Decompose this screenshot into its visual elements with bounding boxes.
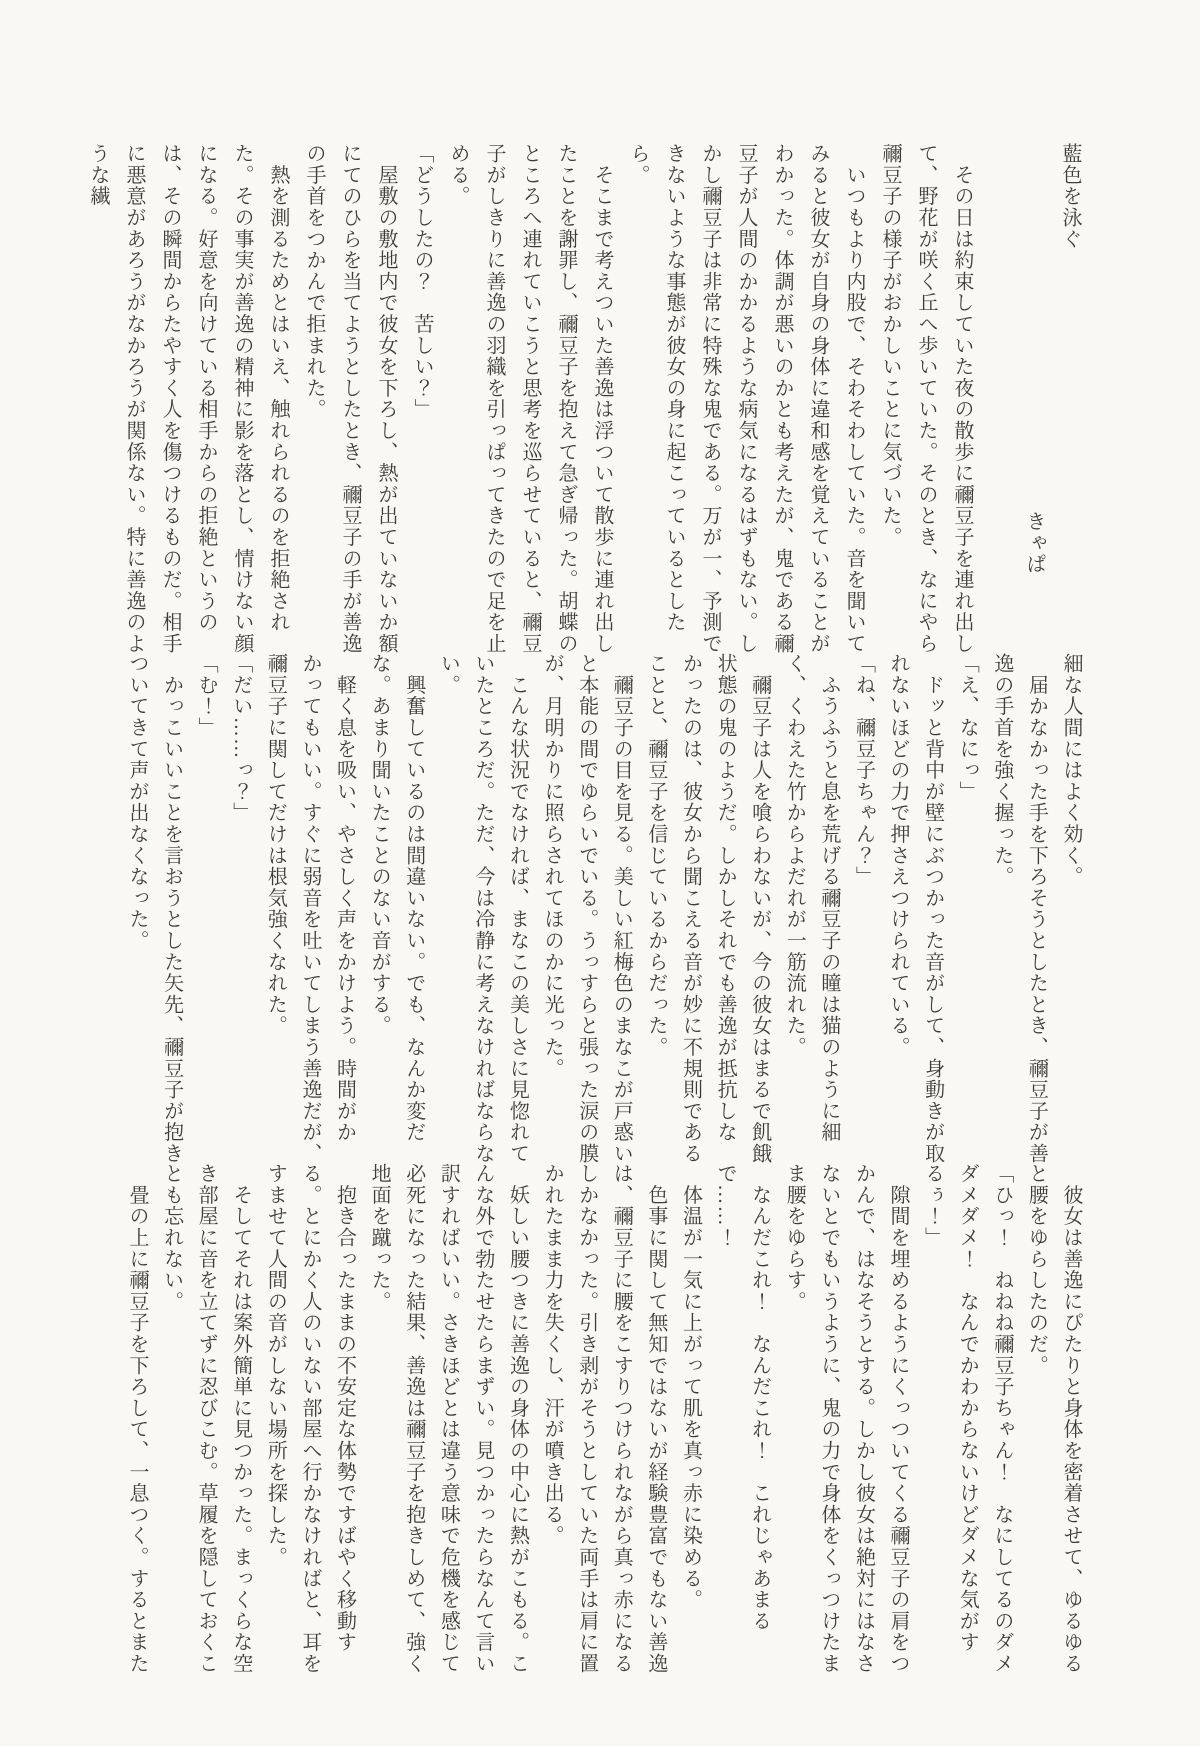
paragraph: 彼女は善逸にぴたりと身体を密着させて、ゆるゆると腰をゆらしたのだ。 [1019, 1163, 1088, 1675]
paragraph: 興奮しているのは間違いない。でも、なんか変だな。あまり聞いたことのない音がする。 [362, 653, 431, 1165]
paragraph: なんだこれ！ なんだこれ！ これじゃあまるで……！ [707, 1163, 776, 1675]
paragraph: 禰豆子の目を見る。美しい紅梅色のまなこが戸惑いと本能の間でゆらいでいる。うっすら… [535, 653, 639, 1165]
paragraph: 色事に関して無知ではないが経験豊富でもない善逸は、禰豆子に腰をこすりつけられなが… [535, 1163, 673, 1675]
paragraph: こんな状況でなければ、まなこの美しさに見惚れていたところだ。ただ、今は冷静に考え… [431, 653, 535, 1165]
paragraph: そこまで考えついた善逸は浮ついて散歩に連れ出したことを謝罪し、禰豆子を抱えて急ぎ… [440, 143, 620, 655]
paragraph: 「む！」 [189, 653, 224, 1165]
paragraph: 禰豆子は人を喰らわないが、今の彼女はまるで飢餓状態の鬼のようだ。しかしそれでも善… [638, 653, 776, 1165]
novel-page: 藍色を泳ぐ きゃぱ その日は約束していた夜の散歩に禰豆子を連れ出して、野花が咲く… [0, 0, 1200, 1746]
paragraph: その日は約束していた夜の散歩に禰豆子を連れ出して、野花が咲く丘へ歩いていた。その… [872, 143, 980, 655]
paragraph: 畳の上に禰豆子を下ろして、一息つく。するとまた [119, 1163, 154, 1675]
author-name: きゃぱ [1016, 143, 1052, 655]
band-1-paragraphs: その日は約束していた夜の散歩に禰豆子を連れ出して、野花が咲く丘へ歩いていた。その… [80, 143, 980, 655]
paragraph: 抱き合ったままの不安定な体勢ですばやく移動する。とにかく人のいない部屋へ行かなけ… [258, 1163, 362, 1675]
text-band-3: 彼女は善逸にぴたりと身体を密着させて、ゆるゆると腰をゆらしたのだ。「ひっ！ ねね… [112, 1163, 1088, 1675]
paragraph: 体温が一気に上がって肌を真っ赤に染める。 [673, 1163, 708, 1675]
band-2-paragraphs: 細な人間にはよく効く。 届かなかった手を下ろそうとしたとき、禰豆子が善逸の手首を… [119, 653, 1088, 1165]
paragraph: 届かなかった手を下ろそうとしたとき、禰豆子が善逸の手首を強く握った。 [984, 653, 1053, 1165]
paragraph: ふうふうと息を荒げる禰豆子の瞳は猫のように細く、くわえた竹からよだれが一筋流れた… [777, 653, 846, 1165]
paragraph: 細な人間にはよく効く。 [1053, 653, 1088, 1165]
paragraph: そしてそれは案外簡単に見つかった。まっくらな空き部屋に音を立てずに忍びこむ。草履… [154, 1163, 258, 1675]
paragraph: 「ひっ！ ねねね禰豆子ちゃん！ なにしてるのダメダメダメ！ なんでかわからないけ… [915, 1163, 1019, 1675]
paragraph: 熱を測るためとはいえ、触れられるのを拒絶された。その事実が善逸の精神に影を落とし… [80, 143, 296, 655]
text-band-1: 藍色を泳ぐ きゃぱ その日は約束していた夜の散歩に禰豆子を連れ出して、野花が咲く… [112, 143, 1088, 655]
paragraph: 妖しい腰つきに善逸の身体の中心に熱がこもる。こんな外で勃たせたらまずい。見つかっ… [362, 1163, 535, 1675]
text-band-2: 細な人間にはよく効く。 届かなかった手を下ろそうとしたとき、禰豆子が善逸の手首を… [112, 653, 1088, 1165]
band-3-paragraphs: 彼女は善逸にぴたりと身体を密着させて、ゆるゆると腰をゆらしたのだ。「ひっ！ ねね… [119, 1163, 1088, 1675]
paragraph: 「だい……っ？」 [223, 653, 258, 1165]
paragraph: ドッと背中が壁にぶつかった音がして、身動きが取れないほどの力で押さえつけられてい… [880, 653, 949, 1165]
paragraph: 屋敷の敷地内で彼女を下ろし、熱が出ていないか額にてのひらを当てようとしたとき、禰… [296, 143, 404, 655]
paragraph: 「どうしたの？ 苦しい？」 [404, 143, 440, 655]
paragraph: かっこいいことを言おうとした矢先、禰豆子が抱きついてきて声が出なくなった。 [119, 653, 188, 1165]
paragraph: 軽く息を吸い、やさしく声をかけよう。時間がかかってもいい。すぐに弱音を吐いてしま… [258, 653, 362, 1165]
paragraph: いつもより内股で、そわそわしていた。音を聞いてみると彼女が自身の身体に違和感を覚… [620, 143, 872, 655]
paragraph: 「ね、禰豆子ちゃん？」 [846, 653, 881, 1165]
page-title: 藍色を泳ぐ [1052, 143, 1088, 655]
paragraph: 「え、なにっ」 [950, 653, 985, 1165]
paragraph: 隙間を埋めるようにくっついてくる禰豆子の肩をつかんで、はなそうとする。しかし彼女… [777, 1163, 915, 1675]
